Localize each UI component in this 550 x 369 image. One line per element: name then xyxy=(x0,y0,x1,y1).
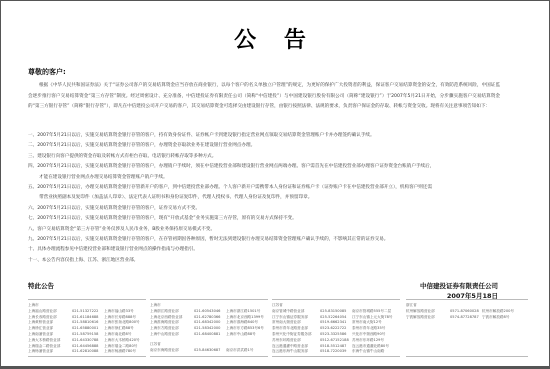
notice-item-text: 二、2007年5月21日以后，实施交易结算资金银行存管的客户，办理资金存取款业务… xyxy=(28,143,255,148)
notice-item: 五、2007年5月21日以后，办理交易结算资金银行存管新开户的客户，到中信建投营… xyxy=(28,183,500,204)
notice-item: 八、客户交易结算资金“第三方存管”业务仅涉及人民币业务，B股业务保持原交易模式不… xyxy=(28,225,500,235)
branch-name: 上海杨浦营业部 xyxy=(28,349,72,355)
notice-item-text: 七、2007年5月21日以后，实施交易结算资金银行存管的客户，现有“开放式基金”… xyxy=(28,216,297,221)
notice-item: 四、2007年5月21日以后，实施交易结算资金银行存管的客户，办理销户手续时，须… xyxy=(28,162,500,183)
branch-addr: 宁波市解放路8号 xyxy=(482,315,522,321)
notice-item-text: 六、2007年5月21日以后，实施交易结算资金银行存管的客户，证券交易方式不变。 xyxy=(28,206,200,211)
branch-row: 上海杨浦营业部021-62810088上海市杨浦路780号 xyxy=(28,349,146,355)
notice-item: 七、2007年5月21日以后，实施交易结算资金银行存管的客户，现有“开放式基金”… xyxy=(28,214,500,224)
branch-tel: 0518-7220039 xyxy=(320,349,352,355)
branch-column-zhejiang: 浙江省 杭州解放路营业部0571-87060028杭州市解放路200号 宁波解放… xyxy=(406,299,528,357)
branch-name: 连云港东海牛山服务部 xyxy=(272,349,320,355)
branch-addr: 东海牛山镇牛山南路 xyxy=(352,349,398,355)
salutation: 尊敬的客户: xyxy=(28,67,66,77)
notice-item-text: 八、客户交易结算资金“第三方存管”业务仅涉及人民币业务，B股业务保持原交易模式不… xyxy=(28,227,215,232)
notice-item-text: 九、2007年5月21日以后，实施交易结算资金银行存管的客户，在存管初期因各种原… xyxy=(28,237,388,242)
notice-item-continuation: 才能在建设银行营业网点办理交易结算资金管理账户销户手续。 xyxy=(28,173,500,183)
notice-item: 十一、本公告内容仅指上海、江苏、浙江地区营业部。 xyxy=(28,256,500,266)
branch-name: 南京东海路营业部 xyxy=(150,348,194,354)
signature-block: 中信建投证券有限责任公司 2007年5月18日 xyxy=(420,281,498,301)
branch-row: 连云港东海牛山服务部0518-7220039东海牛山镇牛山南路 xyxy=(272,349,400,355)
notice-item-text: 三、建设银行向客户提供的资金存取及转帐方式有柜台存取、电话银行转帐存取等多种方式… xyxy=(28,154,216,159)
branch-row: 上海中山路营业部021-68400881上海市中山路88号 xyxy=(150,332,268,338)
branch-tel: 021-62810088 xyxy=(72,349,104,355)
branch-name: 上海中山路营业部 xyxy=(150,332,194,338)
notice-item: 六、2007年5月21日以后，实施交易结算资金银行存管的客户，证券交易方式不变。 xyxy=(28,204,500,214)
notice-item: 一、2007年5月21日以后，实施交易结算资金银行存管的客户，持有效身份证件、证… xyxy=(28,131,500,141)
branch-name: 宁波解放路营业部 xyxy=(406,315,450,321)
notice-item: 二、2007年5月21日以后，实施交易结算资金银行存管的客户，办理资金存取款业务… xyxy=(28,141,500,151)
branch-column-shanghai-2: 上海市 上海浙江路营业部021-60543046上海市浙江路1501号 上海北京… xyxy=(150,299,268,357)
branch-tel: 0574-87728787 xyxy=(450,315,482,321)
notice-item: 十、具体办理流程参见中信建投营业部和建设银行营业网点的操作指南与办理指引。 xyxy=(28,245,500,255)
notice-item: 三、建设银行向客户提供的资金存取及转帐方式有柜台存取、电话银行转帐存取等多种方式… xyxy=(28,152,500,162)
branch-addr: 南京市洪武路1号 xyxy=(226,348,266,354)
notice-item: 九、2007年5月21日以后，实施交易结算资金银行存管的客户，在存管初期因各种原… xyxy=(28,235,500,245)
company-name: 中信建投证券有限责任公司 xyxy=(420,281,498,291)
branch-addr: 上海市中山路88号 xyxy=(226,332,266,338)
page-title: 公 告 xyxy=(1,23,549,54)
branch-column-jiangsu: 江苏省 南京管城中路营业部025-83150085南京市管城路555号二层 江宁… xyxy=(272,299,400,357)
notice-item-text: 五、2007年5月21日以后，办理交易结算资金银行存管新开户的客户，到中信建投营… xyxy=(28,185,432,190)
intro-paragraph: 根据《中华人民共和国证券法》关于“证券公司客户的交易结算资金应当存放在商业银行，… xyxy=(28,81,500,113)
closing-text: 特此公告 xyxy=(28,281,54,290)
notice-items: 一、2007年5月21日以后，实施交易结算资金银行存管的客户，持有效身份证件、证… xyxy=(28,131,500,266)
branch-row: 宁波解放路营业部0574-87728787宁波市解放路8号 xyxy=(406,315,528,321)
branch-row: 南京东海路营业部025-84630687南京市洪武路1号 xyxy=(150,348,268,354)
branch-tel: 025-84630687 xyxy=(194,348,226,354)
notice-item-text: 一、2007年5月21日以后，实施交易结算资金银行存管的客户，持有效身份证件、证… xyxy=(28,133,375,138)
branch-column-shanghai-1: 上海市 上海福山路营业部021-51327222上海市福山路33号 上海长寿路营… xyxy=(28,299,146,357)
announcement-page: 公 告 尊敬的客户: 根据《中华人民共和国证券法》关于“证券公司客户的交易结算资… xyxy=(0,0,550,369)
notice-item-text: 十一、本公告内容仅指上海、江苏、浙江地区营业部。 xyxy=(28,258,138,263)
notice-item-continuation: 带营业执照副本及复印件（加盖法人印章）、法定代表人证明书和身份证复印件，代理人授… xyxy=(28,193,500,203)
branch-addr: 上海市杨浦路780号 xyxy=(104,349,144,355)
branch-tel: 021-68400881 xyxy=(194,332,226,338)
notice-item-text: 十、具体办理流程参见中信建投营业部和建设银行营业网点的操作指南与办理指引。 xyxy=(28,247,198,252)
notice-item-text: 四、2007年5月21日以后，实施交易结算资金银行存管的客户，办理销户手续时，须… xyxy=(28,164,434,169)
branch-directory: 上海市 上海福山路营业部021-51327222上海市福山路33号 上海长寿路营… xyxy=(28,299,528,359)
